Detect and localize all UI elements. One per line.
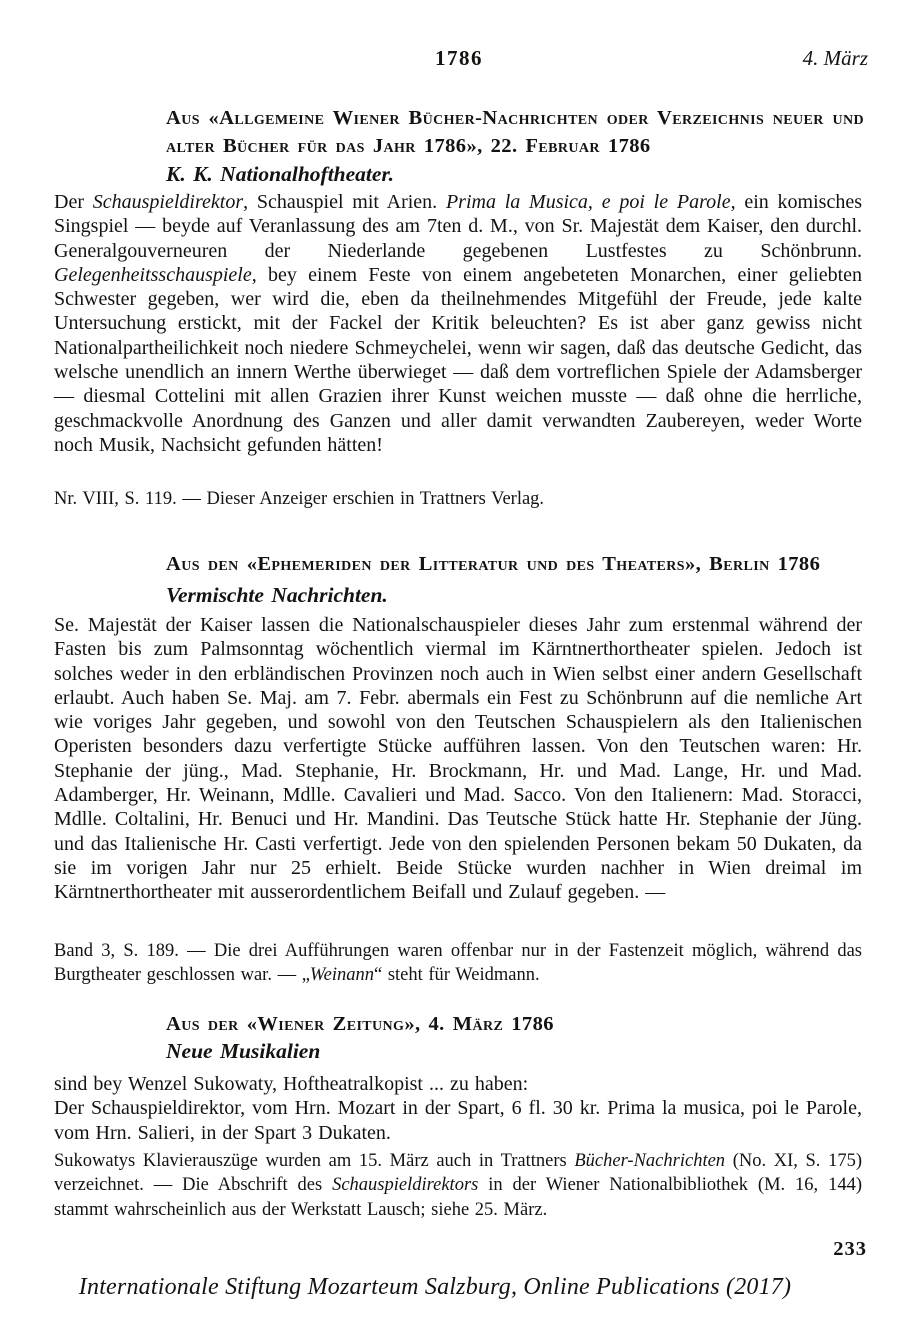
text-line: Der Schauspieldirektor, vom Hrn. Mozart …: [54, 1096, 862, 1145]
page-number: 233: [833, 1238, 867, 1261]
footnote-band-3: Band 3, S. 189. — Die drei Aufführungen …: [54, 939, 862, 988]
section-subheading-nationalhoftheater: K. K. Nationalhoftheater.: [166, 161, 864, 187]
running-header-date: 4. März: [803, 46, 868, 71]
text-segment: Der: [54, 191, 93, 213]
footer-credit: Internationale Stiftung Mozarteum Salzbu…: [0, 1274, 870, 1301]
text-segment: “ steht für Weidmann.: [374, 965, 540, 985]
text-segment: Se. Majestät der Kaiser lassen die Natio…: [54, 614, 862, 903]
text-segment: , bey einem Feste von einem angebeteten …: [54, 264, 862, 456]
text-segment-italic: Schauspieldirektor: [93, 191, 243, 213]
text-segment: Nr. VIII, S. 119. — Dieser Anzeiger ersc…: [54, 489, 544, 509]
paragraph-neue-musikalien: sind bey Wenzel Sukowaty, Hoftheatralkop…: [54, 1072, 862, 1145]
text-segment-italic: Gelegenheitsschauspiele: [54, 264, 252, 286]
footnote-sukowatys: Sukowatys Klavierauszüge wurden am 15. M…: [54, 1149, 862, 1222]
footnote-nr-viii: Nr. VIII, S. 119. — Dieser Anzeiger ersc…: [54, 487, 862, 511]
scanned-book-page: 1786 4. März Aus «Allgemeine Wiener Büch…: [0, 0, 900, 1326]
paragraph-schauspieldirektor-review: Der Schauspieldirektor, Schauspiel mit A…: [54, 190, 862, 457]
section-heading-ephemeriden: Aus den «Ephemeriden der Litteratur und …: [166, 550, 864, 578]
running-header-year: 1786: [50, 46, 868, 71]
section-subheading-vermischte-nachrichten: Vermischte Nachrichten.: [166, 582, 864, 608]
running-header: 1786 4. März: [50, 46, 868, 74]
paragraph-nationalschauspieler: Se. Majestät der Kaiser lassen die Natio…: [54, 613, 862, 905]
text-segment: Sukowatys Klavierauszüge wurden am 15. M…: [54, 1151, 574, 1171]
text-segment-italic: Weinann: [310, 965, 374, 985]
section-subheading-neue-musikalien: Neue Musikalien: [166, 1038, 864, 1064]
text-line: sind bey Wenzel Sukowaty, Hoftheatralkop…: [54, 1072, 862, 1096]
text-segment-italic: Prima la Musica, e poi le Parole: [446, 191, 731, 213]
text-segment-italic: Schauspieldirektors: [332, 1175, 478, 1195]
section-heading-wiener-zeitung: Aus der «Wiener Zeitung», 4. März 1786: [166, 1010, 864, 1038]
text-segment-italic: Bücher-Nachrichten: [574, 1151, 725, 1171]
section-heading-buecher-nachrichten: Aus «Allgemeine Wiener Bücher-Nachrichte…: [166, 104, 864, 160]
text-segment: , Schauspiel mit Arien.: [243, 191, 446, 213]
